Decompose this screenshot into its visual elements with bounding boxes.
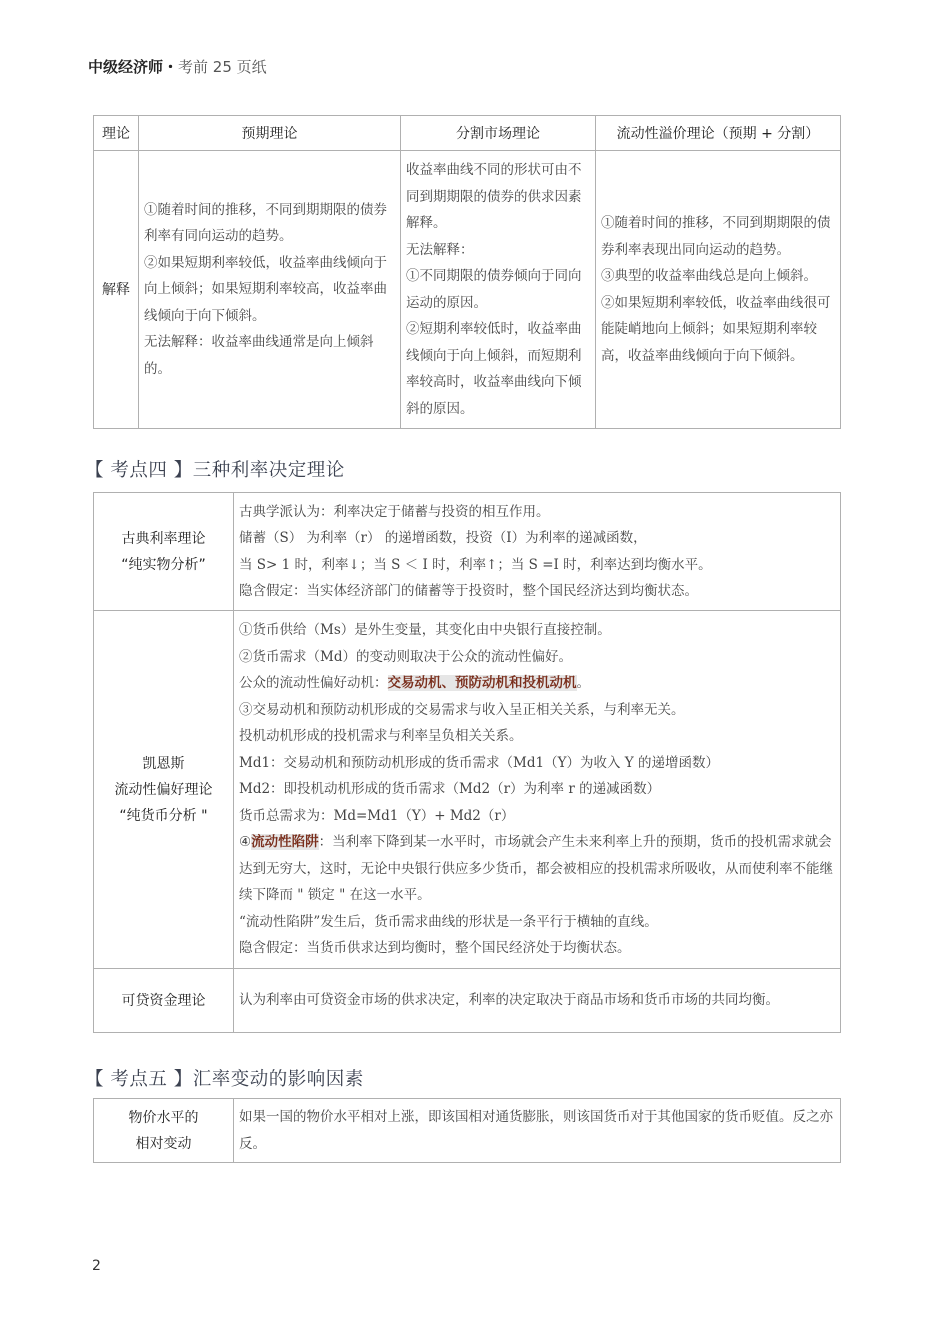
keynes-theory-content: ①货币供给（Ms）是外生变量，其变化由中央银行直接控制。 ②货币需求（Md）的变… [234,611,841,969]
text-line: Md2：即投机动机形成的货币需求（Md2（r）为利率 r 的递减函数） [239,776,835,803]
text-line: 古典学派认为：利率决定于储蓄与投资的相互作用。 [239,499,835,526]
label-line: 物价水平的 [95,1105,232,1131]
table-row: 古典利率理论 “纯实物分析” 古典学派认为：利率决定于储蓄与投资的相互作用。 储… [94,493,841,611]
text-line: ②短期利率较低时，收益率曲线倾向于向上倾斜，而短期利率较高时，收益率曲线向下倾斜… [406,316,590,422]
text-line: 认为利率由可贷资金市场的供求决定，利率的决定取决于商品市场和货币市场的共同均衡。 [239,987,835,1014]
interest-rate-theory-table: 古典利率理论 “纯实物分析” 古典学派认为：利率决定于储蓄与投资的相互作用。 储… [93,492,841,1033]
text-line: 收益率曲线不同的形状可由不同到期期限的债券的供求因素解释。 [406,157,590,237]
text-line: 隐含假定：当货币供求达到均衡时，整个国民经济处于均衡状态。 [239,935,835,962]
expectations-cell: ①随着时间的推移，不同到期期限的债券利率有同向运动的趋势。 ②如果短期利率较低，… [139,151,401,429]
text-line: ②货币需求（Md）的变动则取决于公众的流动性偏好。 [239,644,835,671]
text-line: 储蓄（S） 为利率（r） 的递增函数，投资（I）为利率的递减函数， [239,525,835,552]
text-line: ③交易动机和预防动机形成的交易需求与收入呈正相关关系，与利率无关。 [239,697,835,724]
keynes-theory-label: 凯恩斯 流动性偏好理论 “纯货币分析 " [94,611,234,969]
text-line: ①随着时间的推移，不同到期期限的债券利率表现出同向运动的趋势。 [601,210,835,263]
label-line: 古典利率理论 [95,526,232,552]
table-header-row: 理论 预期理论 分割市场理论 流动性溢价理论（预期 + 分割） [94,116,841,151]
label-line: “纯实物分析” [95,552,232,578]
text-line: ①不同期限的债券倾向于同向运动的原因。 [406,263,590,316]
section-title-point-five: 【 考点五 】汇率变动的影响因素 [85,1065,364,1091]
classical-theory-content: 古典学派认为：利率决定于储蓄与投资的相互作用。 储蓄（S） 为利率（r） 的递增… [234,493,841,611]
section-title-point-four: 【 考点四 】三种利率决定理论 [85,456,345,482]
text-line: ④流动性陷阱：当利率下降到某一水平时，市场就会产生未来利率上升的预期，货币的投机… [239,829,835,909]
highlighted-motives: 交易动机、预防动机和投机动机 [388,675,577,691]
header-subtitle: 考前 25 页纸 [178,58,267,76]
label-line: 流动性偏好理论 [95,777,232,803]
text-segment: 公众的流动性偏好动机： [239,675,388,691]
label-line: “纯货币分析 " [95,803,232,829]
highlighted-liquidity-trap: 流动性陷阱 [251,834,319,850]
text-line: 公众的流动性偏好动机：交易动机、预防动机和投机动机。 [239,670,835,697]
text-segment: ④ [239,834,251,850]
classical-theory-label: 古典利率理论 “纯实物分析” [94,493,234,611]
text-line: “流动性陷阱”发生后，货币需求曲线的形状是一条平行于横轴的直线。 [239,909,835,936]
table-row: 解释 ①随着时间的推移，不同到期期限的债券利率有同向运动的趋势。 ②如果短期利率… [94,151,841,429]
text-line: 投机动机形成的投机需求与利率呈负相关关系。 [239,723,835,750]
table-row: 凯恩斯 流动性偏好理论 “纯货币分析 " ①货币供给（Ms）是外生变量，其变化由… [94,611,841,969]
header-theory: 理论 [94,116,139,151]
text-segment: 。 [577,675,591,691]
header-liquidity-premium: 流动性溢价理论（预期 + 分割） [596,116,841,151]
label-line: 凯恩斯 [95,751,232,777]
text-line: 隐含假定：当实体经济部门的储蓄等于投资时，整个国民经济达到均衡状态。 [239,578,835,605]
text-line: 如果一国的物价水平相对上涨，即该国相对通货膨胀，则该国货币对于其他国家的货币贬值… [239,1104,835,1157]
text-line: ②如果短期利率较低，收益率曲线倾向于向上倾斜；如果短期利率较高，收益率曲线倾向于… [144,250,395,330]
text-line: ①随着时间的推移，不同到期期限的债券利率有同向运动的趋势。 [144,197,395,250]
exchange-rate-factor-table: 物价水平的 相对变动 如果一国的物价水平相对上涨，即该国相对通货膨胀，则该国货币… [93,1098,841,1163]
text-segment: ：当利率下降到某一水平时，市场就会产生未来利率上升的预期，货币的投机需求就会达到… [239,834,833,903]
price-level-content: 如果一国的物价水平相对上涨，即该国相对通货膨胀，则该国货币对于其他国家的货币贬值… [234,1099,841,1163]
header-title: 中级经济师 [88,58,163,76]
text-line: 当 S> 1 时，利率↓；当 S ＜ I 时，利率↑；当 S =I 时，利率达到… [239,552,835,579]
text-line: ②如果短期利率较低，收益率曲线很可能陡峭地向上倾斜；如果短期利率较高，收益率曲线… [601,290,835,370]
text-line: 无法解释：收益率曲线通常是向上倾斜的。 [144,329,395,382]
loanable-funds-content: 认为利率由可贷资金市场的供求决定，利率的决定取决于商品市场和货币市场的共同均衡。 [234,969,841,1033]
liquidity-premium-cell: ①随着时间的推移，不同到期期限的债券利率表现出同向运动的趋势。 ③典型的收益率曲… [596,151,841,429]
header-segmented-market: 分割市场理论 [401,116,596,151]
yield-curve-theory-table: 理论 预期理论 分割市场理论 流动性溢价理论（预期 + 分割） 解释 ①随着时间… [93,115,841,429]
segmented-market-cell: 收益率曲线不同的形状可由不同到期期限的债券的供求因素解释。 无法解释： ①不同期… [401,151,596,429]
text-line: ①货币供给（Ms）是外生变量，其变化由中央银行直接控制。 [239,617,835,644]
price-level-label: 物价水平的 相对变动 [94,1099,234,1163]
label-line: 相对变动 [95,1131,232,1157]
document-header: 中级经济师・考前 25 页纸 [88,56,267,77]
table-row: 可贷资金理论 认为利率由可贷资金市场的供求决定，利率的决定取决于商品市场和货币市… [94,969,841,1033]
text-line: 货币总需求为：Md=Md1（Y）+ Md2（r） [239,803,835,830]
row-label-explanation: 解释 [94,151,139,429]
text-line: 无法解释： [406,237,590,264]
loanable-funds-label: 可贷资金理论 [94,969,234,1033]
header-expectations: 预期理论 [139,116,401,151]
header-separator: ・ [163,58,178,76]
label-line: 可贷资金理论 [95,988,232,1014]
page-number: 2 [92,1258,101,1274]
text-line: Md1：交易动机和预防动机形成的货币需求（Md1（Y）为收入 Y 的递增函数） [239,750,835,777]
text-line: ③典型的收益率曲线总是向上倾斜。 [601,263,835,290]
table-row: 物价水平的 相对变动 如果一国的物价水平相对上涨，即该国相对通货膨胀，则该国货币… [94,1099,841,1163]
